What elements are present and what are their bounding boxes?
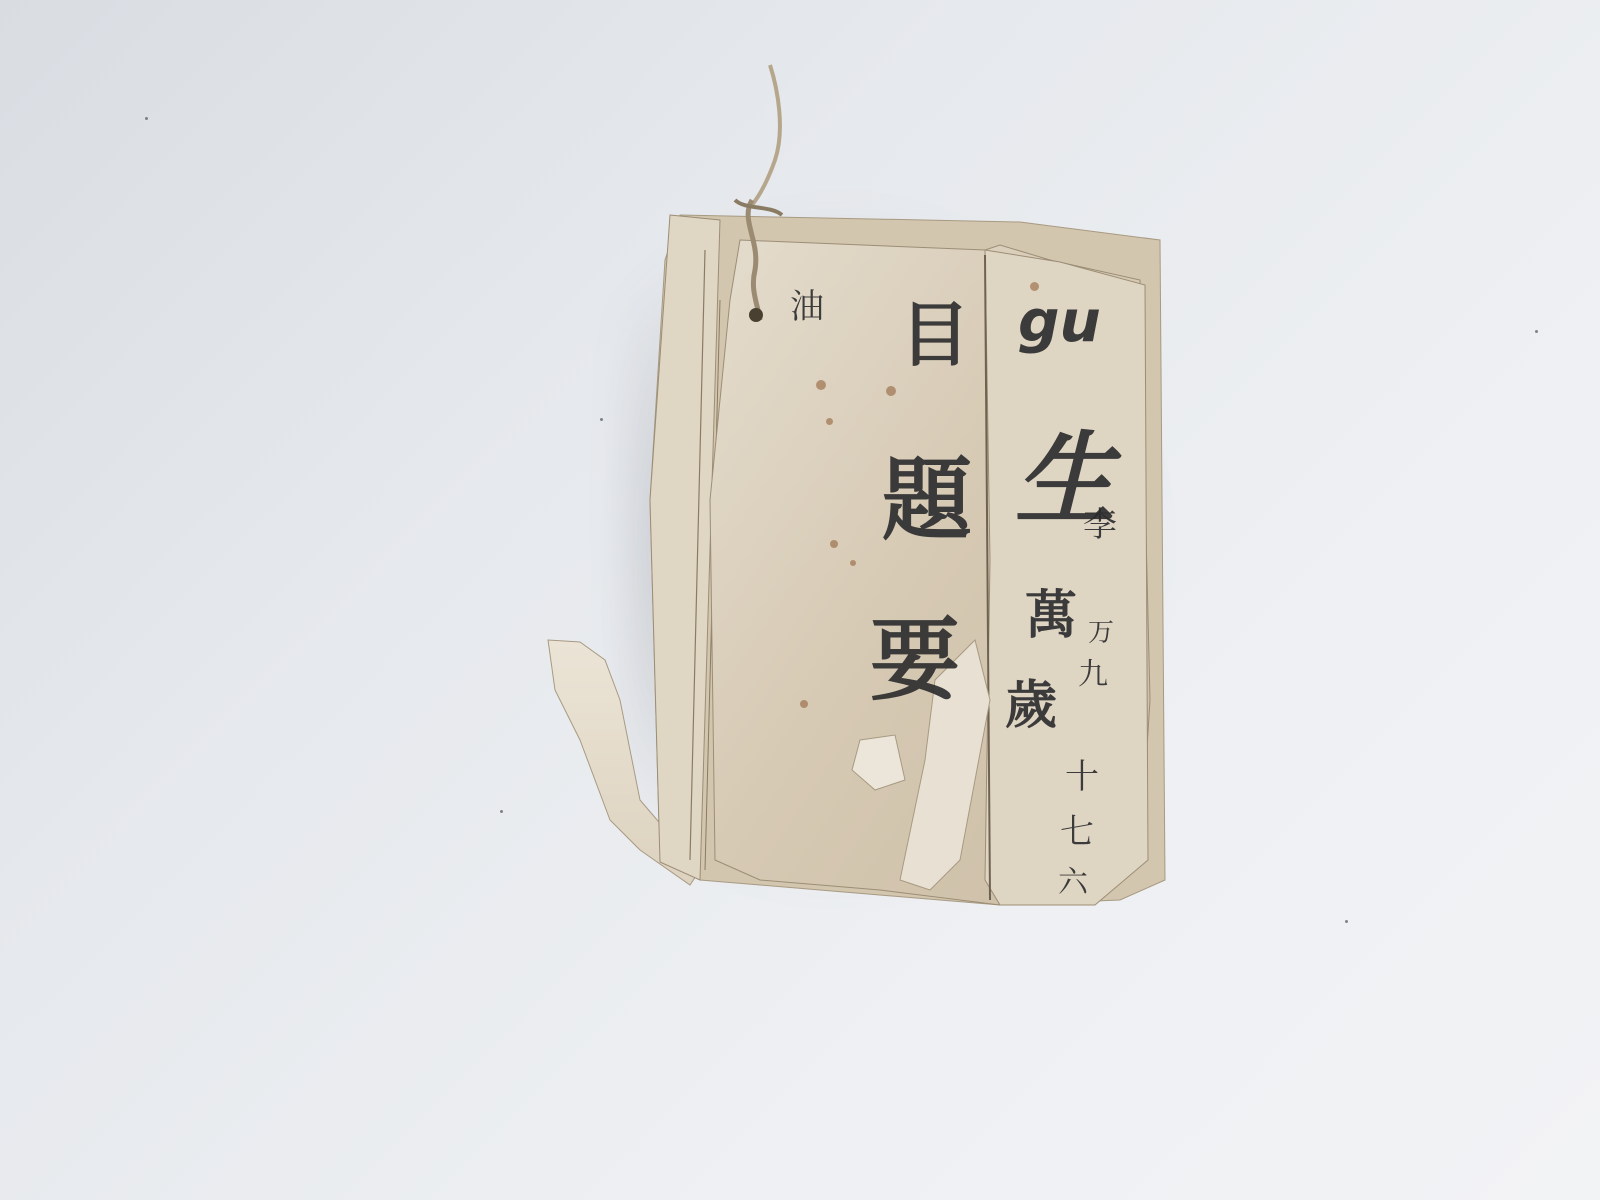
foxing-stain bbox=[800, 700, 808, 708]
cover-title-char: 目 bbox=[900, 300, 970, 370]
cover-title-char: 題 bbox=[882, 455, 972, 545]
right-column-char: gu bbox=[1018, 292, 1101, 350]
small-char: 万 bbox=[1088, 620, 1114, 646]
small-char: 李 bbox=[1083, 508, 1117, 542]
foxing-stain bbox=[886, 386, 896, 396]
small-char: 七 bbox=[1060, 815, 1094, 849]
foxing-stain bbox=[830, 540, 838, 548]
foxing-stain bbox=[826, 418, 833, 425]
small-char: 六 bbox=[1058, 868, 1088, 898]
left-label-char: 油 bbox=[790, 290, 824, 324]
foxing-stain bbox=[816, 380, 826, 390]
manuscript-booklet bbox=[0, 0, 1600, 1200]
small-char: 九 bbox=[1078, 660, 1108, 690]
right-column-char: 歲 bbox=[1005, 680, 1057, 732]
cover-title-char: 要 bbox=[870, 615, 960, 705]
right-column-char: 萬 bbox=[1025, 590, 1077, 642]
photo-scene: 油 目 題 要 gu 生 萬 歲 李 万 九 十 七 六 bbox=[0, 0, 1600, 1200]
small-char: 十 bbox=[1065, 760, 1099, 794]
foxing-stain bbox=[850, 560, 856, 566]
